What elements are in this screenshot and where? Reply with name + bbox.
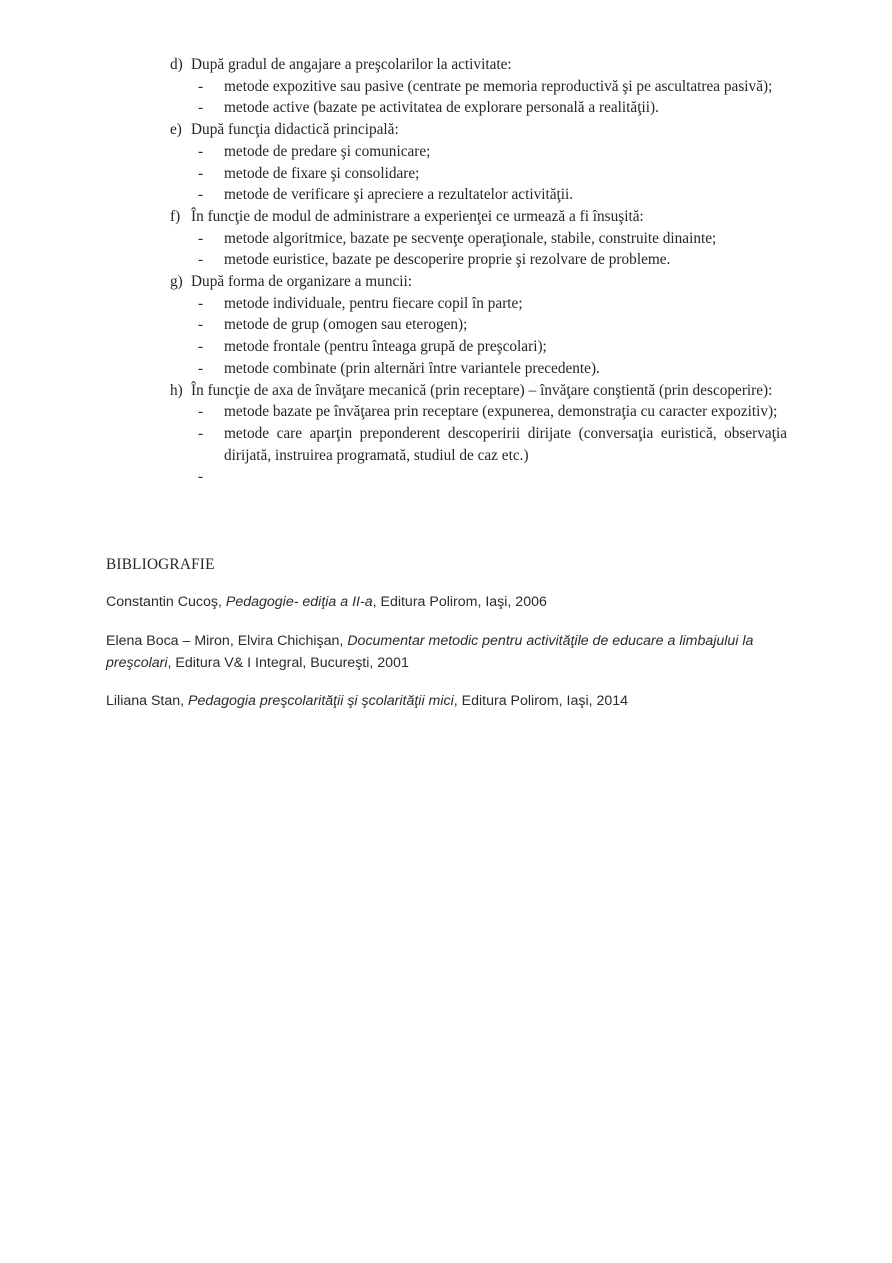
bullet-dash: -	[198, 401, 203, 423]
section-heading-text: După gradul de angajare a preşcolarilor …	[191, 56, 512, 73]
section-heading-text: După funcţia didactică principală:	[191, 121, 399, 138]
list-item: - metode algoritmice, bazate pe secvenţe…	[170, 228, 787, 250]
list-item: - metode care aparţin preponderent desco…	[170, 423, 787, 466]
section-heading: f) În funcţie de modul de administrare a…	[170, 206, 787, 228]
section-letter: h)	[170, 380, 183, 402]
section-e: e) După funcţia didactică principală: - …	[170, 119, 787, 206]
bullet-dash: -	[198, 76, 203, 98]
list-item-text: metode frontale (pentru înteaga grupă de…	[224, 338, 547, 355]
list-item-text: metode individuale, pentru fiecare copil…	[224, 295, 523, 312]
bib-publisher: , Editura Polirom, Iaşi, 2014	[454, 693, 628, 709]
bibliography-entry: Constantin Cucoş, Pedagogie- ediţia a II…	[106, 591, 796, 613]
list-item: - metode de grup (omogen sau eterogen);	[170, 314, 787, 336]
bullet-dash: -	[198, 228, 203, 250]
bib-publisher: , Editura Polirom, Iaşi, 2006	[373, 594, 547, 610]
bullet-dash: -	[198, 293, 203, 315]
list-item: - metode active (bazate pe activitatea d…	[170, 97, 787, 119]
list-item: - metode euristice, bazate pe descoperir…	[170, 249, 787, 271]
bullet-dash: -	[198, 163, 203, 185]
list-item: - metode combinate (prin alternări între…	[170, 358, 787, 380]
bib-publisher: , Editura V& I Integral, Bucureşti, 2001	[168, 655, 409, 671]
bullet-dash: -	[198, 314, 203, 336]
section-letter: f)	[170, 206, 180, 228]
list-item-text: metode combinate (prin alternări între v…	[224, 360, 600, 377]
bibliography-entry: Elena Boca – Miron, Elvira Chichişan, Do…	[106, 630, 796, 674]
section-g: g) După forma de organizare a muncii: - …	[170, 271, 787, 380]
list-item-text: metode de predare şi comunicare;	[224, 143, 430, 160]
list-item-text: metode expozitive sau pasive (centrate p…	[224, 78, 772, 95]
bullet-dash: -	[198, 466, 203, 488]
section-letter: d)	[170, 54, 183, 76]
bibliography-entry: Liliana Stan, Pedagogia preşcolarităţii …	[106, 690, 796, 712]
list-item-text: metode active (bazate pe activitatea de …	[224, 99, 659, 116]
list-item: - metode de fixare şi consolidare;	[170, 163, 787, 185]
bibliography-heading: BIBLIOGRAFIE	[106, 554, 215, 576]
list-item: - metode expozitive sau pasive (centrate…	[170, 76, 787, 98]
bib-authors: Constantin Cucoş,	[106, 594, 226, 610]
section-heading-text: În funcţie de modul de administrare a ex…	[191, 208, 644, 225]
section-heading: h) În funcţie de axa de învăţare mecanic…	[170, 380, 787, 402]
list-item: - metode de verificare şi apreciere a re…	[170, 184, 787, 206]
list-item-text: metode care aparţin preponderent descope…	[224, 425, 787, 464]
list-item-empty: -	[170, 466, 787, 488]
bullet-dash: -	[198, 184, 203, 206]
list-item: - metode bazate pe învăţarea prin recept…	[170, 401, 787, 423]
list-item: - metode de predare şi comunicare;	[170, 141, 787, 163]
section-heading-text: În funcţie de axa de învăţare mecanică (…	[191, 382, 772, 399]
bullet-dash: -	[198, 358, 203, 380]
section-heading: d) După gradul de angajare a preşcolaril…	[170, 54, 787, 76]
section-heading-text: După forma de organizare a muncii:	[191, 273, 412, 290]
bib-title: Pedagogia preşcolarităţii şi şcolarităţi…	[188, 693, 454, 709]
list-item-text: metode de grup (omogen sau eterogen);	[224, 316, 467, 333]
bullet-dash: -	[198, 336, 203, 358]
bib-authors: Liliana Stan,	[106, 693, 188, 709]
list-item-text: metode de fixare şi consolidare;	[224, 165, 419, 182]
section-f: f) În funcţie de modul de administrare a…	[170, 206, 787, 271]
list-item-text: metode bazate pe învăţarea prin receptar…	[224, 403, 777, 420]
section-h: h) În funcţie de axa de învăţare mecanic…	[170, 380, 787, 489]
methods-classification-list: d) După gradul de angajare a preşcolaril…	[170, 54, 787, 488]
bullet-dash: -	[198, 249, 203, 271]
bullet-dash: -	[198, 141, 203, 163]
bullet-dash: -	[198, 97, 203, 119]
section-d: d) După gradul de angajare a preşcolaril…	[170, 54, 787, 119]
list-item-text: metode algoritmice, bazate pe secvenţe o…	[224, 230, 716, 247]
section-letter: g)	[170, 271, 183, 293]
bib-authors: Elena Boca – Miron, Elvira Chichişan,	[106, 633, 347, 649]
list-item-text: metode euristice, bazate pe descoperire …	[224, 251, 670, 268]
section-letter: e)	[170, 119, 182, 141]
document-page: d) După gradul de angajare a preşcolaril…	[0, 0, 892, 1263]
section-heading: g) După forma de organizare a muncii:	[170, 271, 787, 293]
section-heading: e) După funcţia didactică principală:	[170, 119, 787, 141]
list-item-text: metode de verificare şi apreciere a rezu…	[224, 186, 573, 203]
list-item: - metode individuale, pentru fiecare cop…	[170, 293, 787, 315]
bib-title: Pedagogie- ediţia a II-a	[226, 594, 373, 610]
list-item: - metode frontale (pentru înteaga grupă …	[170, 336, 787, 358]
bullet-dash: -	[198, 423, 203, 445]
list-item-text	[224, 468, 228, 485]
